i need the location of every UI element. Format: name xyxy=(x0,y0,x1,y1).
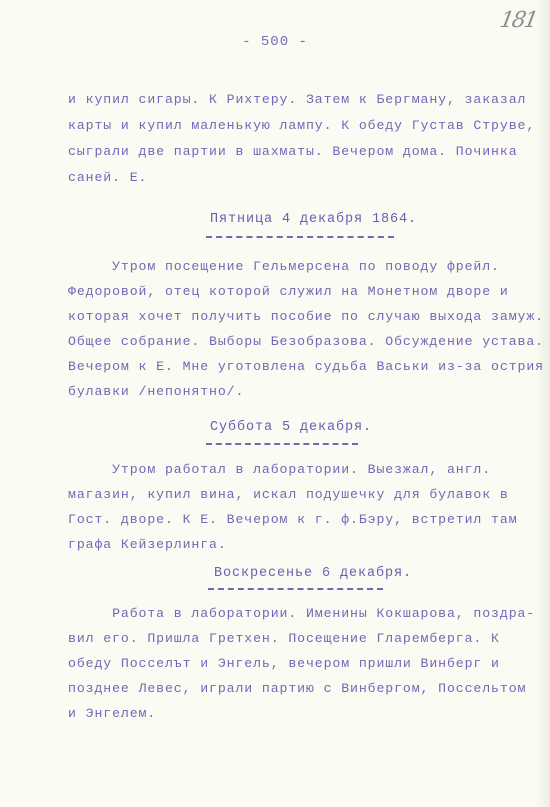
dashed-underline xyxy=(206,443,358,445)
text-line: Работа в лаборатории. Именины Кокшарова,… xyxy=(68,606,535,622)
text-line: магазин, купил вина, искал подушечку для… xyxy=(68,487,509,503)
text-line: графа Кейзерлинга. xyxy=(68,537,227,553)
text-line: сыграли две партии в шахматы. Вечером до… xyxy=(68,144,518,160)
text-line: и Энгелем. xyxy=(68,706,156,722)
text-line: карты и купил маленькую лампу. К обеду Г… xyxy=(68,118,535,134)
text-line: Общее собрание. Выборы Безобразова. Обсу… xyxy=(68,334,544,350)
text-line: Вечером к Е. Мне уготовлена судьба Васьк… xyxy=(68,359,544,375)
typewritten-page: - 500 - 181 и купил сигары. К Рихтеру. З… xyxy=(0,0,550,807)
text-line: вил его. Пришла Гретхен. Посещение Гларе… xyxy=(68,631,500,647)
entry-heading: Пятница 4 декабря 1864. xyxy=(210,212,417,228)
text-line: Утром работал в лаборатории. Выезжал, ан… xyxy=(68,462,491,478)
entry-heading: Воскресенье 6 декабря. xyxy=(214,566,412,582)
text-line: Федоровой, отец которой служил на Монетн… xyxy=(68,284,509,300)
text-line: Утром посещение Гельмерсена по поводу фр… xyxy=(68,259,500,275)
text-line: которая хочет получить пособие по случаю… xyxy=(68,309,544,325)
text-line: обеду Посселът и Энгель, вечером пришли … xyxy=(68,656,500,672)
text-line: Гост. дворе. К Е. Вечером к г. ф.Бэру, в… xyxy=(68,512,518,528)
text-line: булавки /непонятно/. xyxy=(68,384,244,400)
dashed-underline xyxy=(206,236,394,238)
text-line: саней. Е. xyxy=(68,170,147,186)
text-line: позднее Левес, играли партию с Винбергом… xyxy=(68,681,526,697)
entry-heading: Суббота 5 декабря. xyxy=(210,420,372,436)
dashed-underline xyxy=(208,588,383,590)
page-number: - 500 - xyxy=(0,34,550,50)
handwritten-archive-mark: 181 xyxy=(498,8,538,33)
text-line: и купил сигары. К Рихтеру. Затем к Бергм… xyxy=(68,92,526,108)
